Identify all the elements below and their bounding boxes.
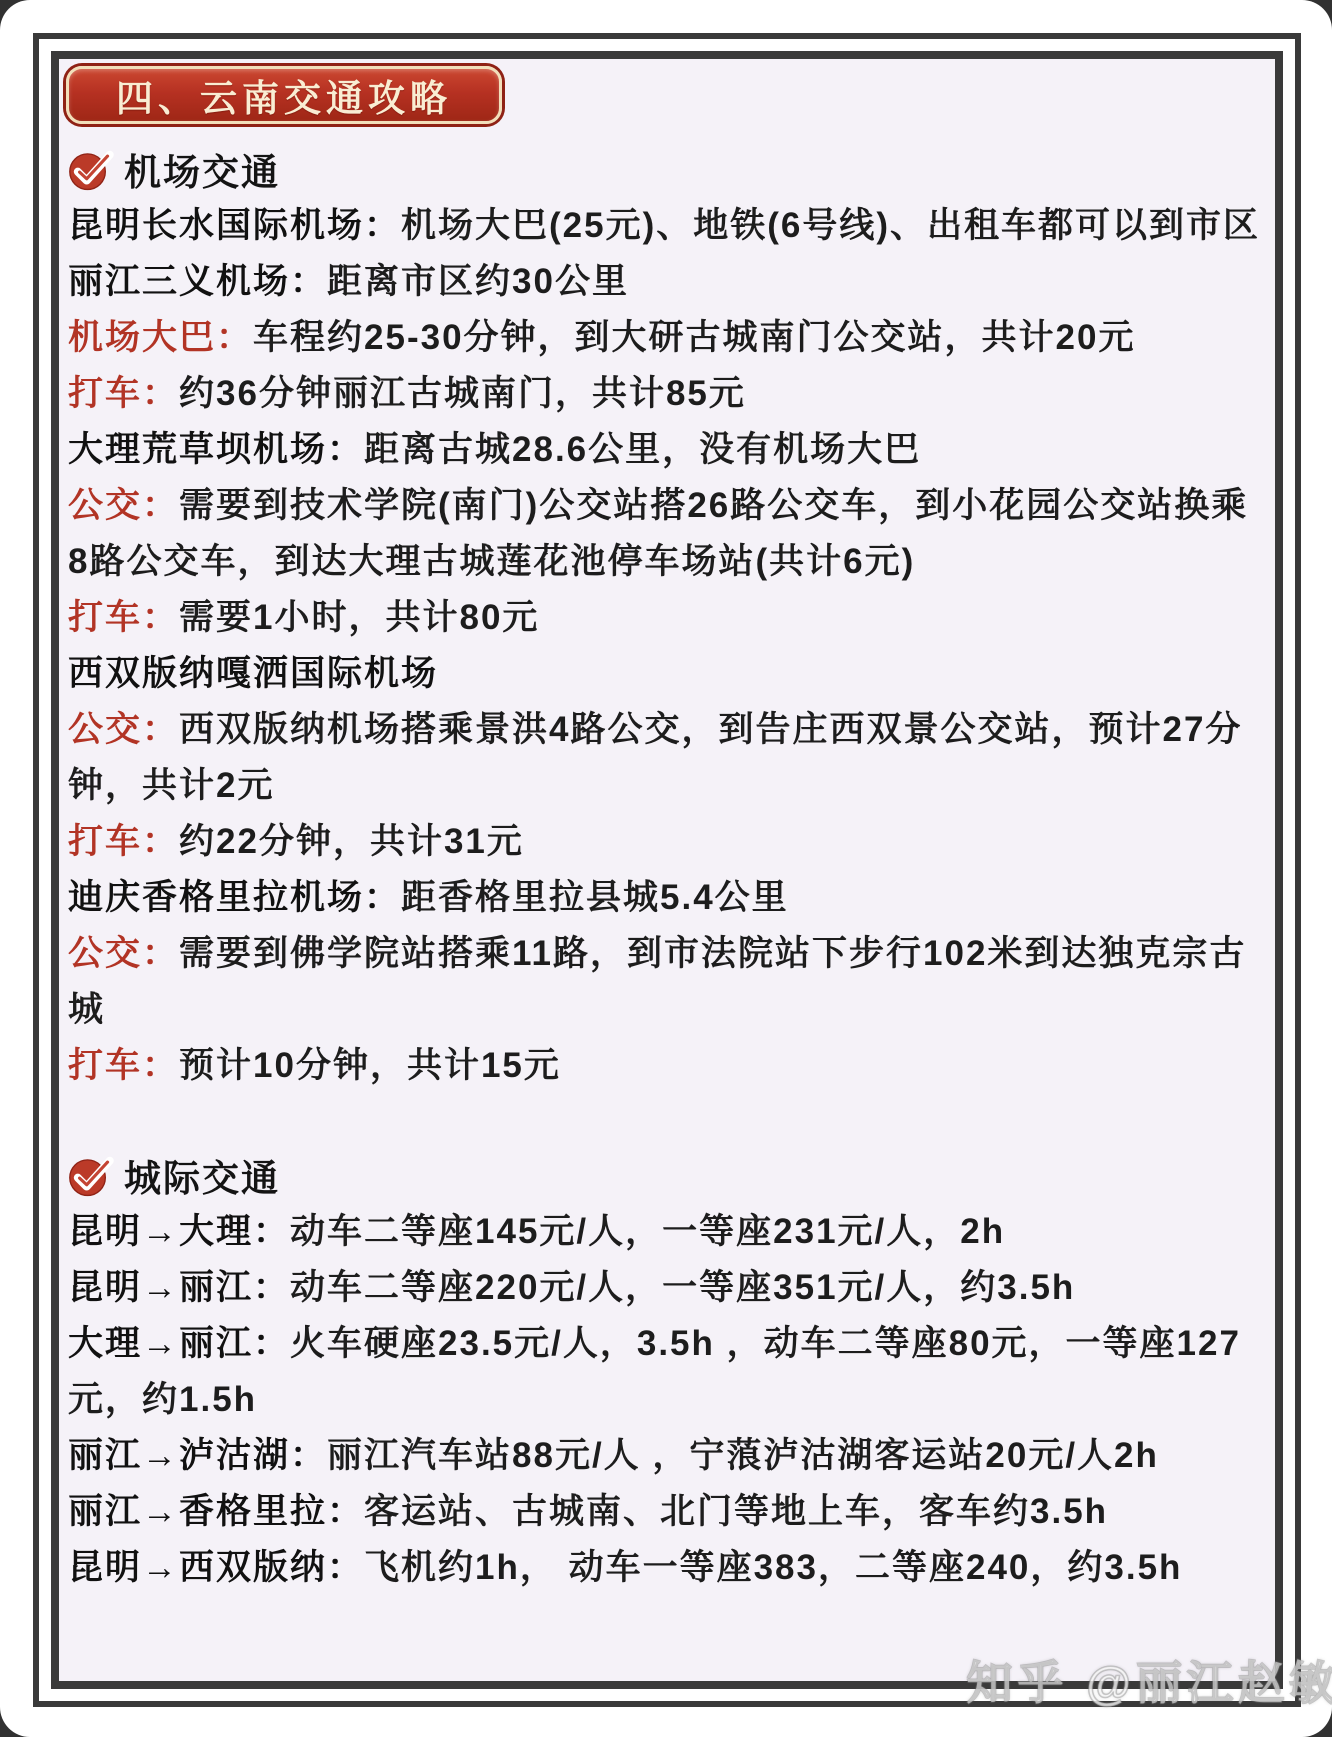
entry-line: 打车：需要1小时，共计80元: [68, 590, 1261, 646]
entry-line: 公交：西双版纳机场搭乘景洪4路公交，到告庄西双景公交站，预计27分钟，共计2元: [68, 702, 1261, 814]
entry-line: 大理→丽江：火车硬座23.5元/人，3.5h ，动车二等座80元，一等座127元…: [68, 1316, 1261, 1428]
entry-line: 打车：约22分钟，共计31元: [68, 814, 1261, 870]
section-heading-label: 城际交通: [124, 1148, 280, 1202]
entry-text: 距离市区约30公里: [327, 262, 629, 301]
entry-label: 丽江→泸沽湖：: [68, 1436, 327, 1475]
entry-label: 公交：: [68, 934, 179, 973]
entry-text: 丽江汽车站88元/人 ，宁蒗泸沽湖客运站20元/人2h: [327, 1436, 1159, 1475]
entry-label: 打车：: [68, 822, 179, 861]
section-heading-label: 机场交通: [124, 142, 280, 196]
entry-text: 距香格里拉县城5.4公里: [401, 878, 789, 917]
title-banner-text: 四、云南交通攻略: [116, 68, 452, 122]
entry-list: 昆明长水国际机场：机场大巴(25元)、地铁(6号线)、出租车都可以到市区丽江三义…: [68, 198, 1261, 1094]
entry-line: 机场大巴：车程约25-30分钟，到大研古城南门公交站，共计20元: [68, 310, 1261, 366]
entry-line: 昆明→西双版纳：飞机约1h， 动车一等座383，二等座240，约3.5h: [68, 1540, 1261, 1596]
entry-text: 约22分钟，共计31元: [179, 822, 524, 861]
entry-text: 机场大巴(25元)、地铁(6号线)、出租车都可以到市区: [401, 206, 1260, 245]
entry-label: 打车：: [68, 1046, 179, 1085]
section: 城际交通 昆明→大理：动车二等座145元/人，一等座231元/人，2h昆明→丽江…: [68, 1146, 1261, 1596]
entry-label: 丽江→香格里拉：: [68, 1492, 364, 1531]
entry-label: 大理→丽江：: [68, 1324, 290, 1363]
entry-line: 昆明→大理：动车二等座145元/人，一等座231元/人，2h: [68, 1204, 1261, 1260]
content: 机场交通 昆明长水国际机场：机场大巴(25元)、地铁(6号线)、出租车都可以到市…: [59, 124, 1275, 1596]
entry-line: 迪庆香格里拉机场：距香格里拉县城5.4公里: [68, 870, 1261, 926]
entry-text: 客运站、古城南、北门等地上车，客车约3.5h: [364, 1492, 1108, 1531]
entry-line: 大理荒草坝机场：距离古城28.6公里，没有机场大巴: [68, 422, 1261, 478]
entry-label: 打车：: [68, 598, 179, 637]
check-badge-icon: [68, 1152, 116, 1198]
entry-text: 需要1小时，共计80元: [179, 598, 539, 637]
entry-text: 动车二等座220元/人，一等座351元/人，约3.5h: [290, 1268, 1075, 1307]
watermark: 知乎 @丽江赵敏: [966, 1647, 1332, 1713]
entry-label: 大理荒草坝机场：: [68, 430, 364, 469]
entry-label: 昆明→大理：: [68, 1212, 290, 1251]
entry-text: 约36分钟丽江古城南门，共计85元: [179, 374, 746, 413]
entry-line: 昆明→丽江：动车二等座220元/人，一等座351元/人，约3.5h: [68, 1260, 1261, 1316]
entry-line: 打车：预计10分钟，共计15元: [68, 1038, 1261, 1094]
entry-text: 车程约25-30分钟，到大研古城南门公交站，共计20元: [253, 318, 1135, 357]
inner-frame: 四、云南交通攻略 机场交通 昆明长水国际机场：机场大巴(25元)、地铁(6号线)…: [51, 51, 1283, 1689]
entry-text: 需要到技术学院(南门)公交站搭26路公交车，到小花园公交站换乘8路公交车，到达大…: [68, 486, 1248, 581]
entry-label: 昆明→丽江：: [68, 1268, 290, 1307]
entry-label: 迪庆香格里拉机场：: [68, 878, 401, 917]
check-badge-icon: [68, 146, 116, 192]
entry-label: 丽江三义机场：: [68, 262, 327, 301]
section-heading: 城际交通: [68, 1146, 1261, 1204]
entry-label: 公交：: [68, 486, 179, 525]
entry-line: 丽江→香格里拉：客运站、古城南、北门等地上车，客车约3.5h: [68, 1484, 1261, 1540]
entry-text: 需要到佛学院站搭乘11路，到市法院站下步行102米到达独克宗古城: [68, 934, 1246, 1029]
entry-label: 机场大巴：: [68, 318, 253, 357]
entry-text: 动车二等座145元/人，一等座231元/人，2h: [290, 1212, 1005, 1251]
entry-line: 丽江三义机场：距离市区约30公里: [68, 254, 1261, 310]
entry-label: 公交：: [68, 710, 179, 749]
entry-line: 昆明长水国际机场：机场大巴(25元)、地铁(6号线)、出租车都可以到市区: [68, 198, 1261, 254]
page-card: 四、云南交通攻略 机场交通 昆明长水国际机场：机场大巴(25元)、地铁(6号线)…: [0, 0, 1332, 1737]
entry-list: 昆明→大理：动车二等座145元/人，一等座231元/人，2h昆明→丽江：动车二等…: [68, 1204, 1261, 1596]
section: 机场交通 昆明长水国际机场：机场大巴(25元)、地铁(6号线)、出租车都可以到市…: [68, 140, 1261, 1094]
entry-text: 西双版纳机场搭乘景洪4路公交，到告庄西双景公交站，预计27分钟，共计2元: [68, 710, 1242, 805]
title-banner: 四、云南交通攻略: [66, 66, 502, 124]
entry-label: 西双版纳嘎洒国际机场: [68, 654, 438, 693]
entry-text: 距离古城28.6公里，没有机场大巴: [364, 430, 921, 469]
entry-line: 公交：需要到技术学院(南门)公交站搭26路公交车，到小花园公交站换乘8路公交车，…: [68, 478, 1261, 590]
entry-text: 飞机约1h， 动车一等座383，二等座240，约3.5h: [364, 1548, 1182, 1587]
entry-line: 丽江→泸沽湖：丽江汽车站88元/人 ，宁蒗泸沽湖客运站20元/人2h: [68, 1428, 1261, 1484]
entry-line: 打车：约36分钟丽江古城南门，共计85元: [68, 366, 1261, 422]
entry-label: 打车：: [68, 374, 179, 413]
entry-label: 昆明→西双版纳：: [68, 1548, 364, 1587]
entry-line: 公交：需要到佛学院站搭乘11路，到市法院站下步行102米到达独克宗古城: [68, 926, 1261, 1038]
entry-text: 预计10分钟，共计15元: [179, 1046, 561, 1085]
section-heading: 机场交通: [68, 140, 1261, 198]
entry-label: 昆明长水国际机场：: [68, 206, 401, 245]
entry-line: 西双版纳嘎洒国际机场: [68, 646, 1261, 702]
